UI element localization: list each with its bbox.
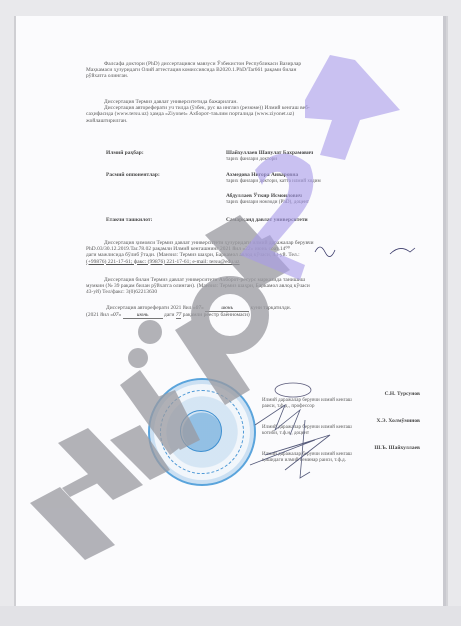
role-line: котиби, т.ф.н., доцент: [262, 431, 420, 437]
signatory-1-name: С.Н. Турсунов: [340, 391, 420, 397]
paragraph-line: жойлаштирилган.: [86, 118, 428, 124]
role-label-supervisor: Илмий раҳбар:: [106, 150, 144, 156]
role-line: раиси, т.ф.д., профессор: [262, 404, 420, 410]
text: рақамли реестр баённомаси): [183, 312, 250, 318]
handwritten-month: июнь: [123, 312, 163, 319]
text: »: [118, 312, 121, 318]
intro-paragraph: Фалсафа доктори (PhD) диссертацияси мавз…: [86, 61, 428, 80]
handwritten-number: 77: [176, 312, 182, 319]
scan-background: [0, 606, 461, 626]
supervisor-title: тарих фанлари доктори: [226, 157, 277, 163]
opponent-2-title: тарих фанлари номзоди (PhD), доцент: [226, 200, 309, 206]
opponent-1-name: Ахмедова Нигора Анваровна: [226, 172, 298, 178]
role-label-opponents: Расмий оппонентлар:: [106, 172, 160, 178]
opponent-2-name: Абдуллаев Ўткир Исмоилович: [226, 193, 302, 199]
defense-paragraph: Диссертация ҳимояси Термиз давлат универ…: [86, 240, 428, 265]
signatory-3-role: Илмий даражалар берувчи илмий кенгаш қош…: [262, 452, 420, 464]
distribution-line-2: (2021 йил «07» июнь даги 77 рақамли реес…: [86, 312, 406, 319]
completion-paragraph: Диссертация Термиз давлат университетида…: [86, 99, 428, 124]
supervisor-name: Шайхуллаев Шапулат Бахрамович: [226, 150, 313, 156]
library-paragraph: Диссертация билан Термиз давлат универси…: [86, 277, 428, 296]
lead-org-name: Самарқанд давлат университети: [226, 217, 308, 223]
text: даги: [164, 312, 174, 318]
text: куни тарқатилди.: [251, 305, 291, 311]
signatory-3-name: Ш.Ъ. Шайхуллаев: [320, 445, 420, 451]
page-edge: [443, 16, 446, 606]
role-label-lead-org: Етакчи ташкилот:: [106, 217, 152, 223]
text: (2021 йил «: [86, 312, 113, 318]
official-stamp-icon: [148, 378, 256, 486]
paragraph-line: 43-уй) Тел/факс: 3(0)62213630: [86, 289, 428, 295]
signatory-2-name: Х.Э. Холмўминов: [320, 418, 420, 424]
text: Диссертация автореферати 2021 йил «: [106, 305, 196, 311]
stamp-emblem: [180, 410, 222, 452]
intro-line: рўйхатга олинган.: [86, 73, 428, 79]
signatory-1-role: Илмий даражалар берувчи илмий кенгаш раи…: [262, 398, 420, 410]
signatory-2-role: Илмий даражалар берувчи илмий кенгаш кот…: [262, 425, 420, 437]
text: »: [201, 305, 204, 311]
paragraph-line: (+99876) 221-17-61; факс: (99876) 221-17…: [86, 259, 428, 265]
role-line: қошидаги илмий семинар раиси, т.ф.д.: [262, 458, 420, 464]
opponent-1-title: тарих фанлари доктори, катта илмий ходим: [226, 179, 321, 185]
